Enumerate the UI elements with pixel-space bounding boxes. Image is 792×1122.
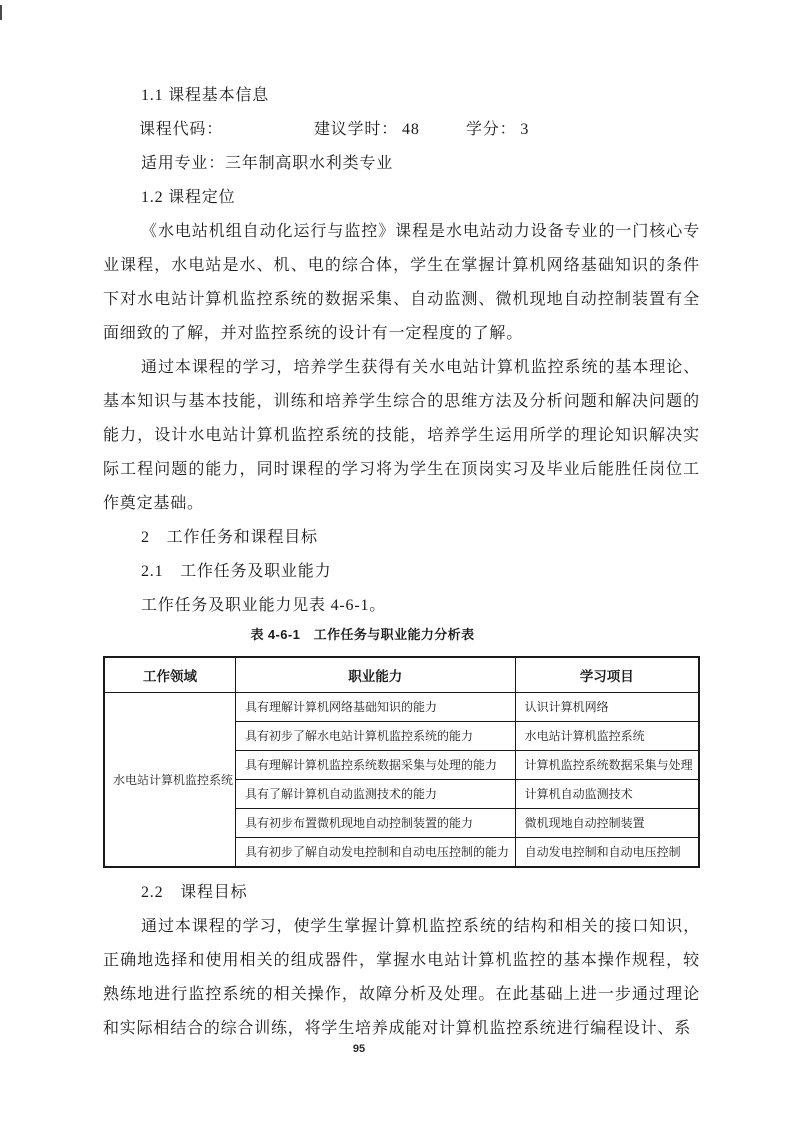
suggested-hours-value: 48 [398,121,420,138]
ability-cell: 具有初步了解水电站计算机监控系统的能力 [235,722,515,751]
scan-artifact [0,5,2,20]
credits: 学分：3 [466,113,529,147]
course-code-label: 课程代码： [139,113,223,147]
page-number: 95 [0,1042,792,1056]
project-cell: 自动发电控制和自动电压控制 [515,838,699,868]
section-heading-2-1: 2.1 工作任务及职业能力 [103,555,700,589]
ability-cell: 具有初步布置微机现地自动控制装置的能力 [235,809,515,838]
task-ability-table: 工作领域 职业能力 学习项目 水电站计算机监控系统 具有理解计算机网络基础知识的… [103,656,700,868]
page-content: 1.1 课程基本信息 课程代码： 建议学时：48 学分：3 适用专业：三年制高职… [103,79,700,1046]
project-header: 学习项目 [515,657,699,693]
section-heading-2: 2 工作任务和课程目标 [103,521,700,555]
work-domain-header: 工作领域 [104,657,235,693]
section-heading-1-2: 1.2 课程定位 [103,181,700,215]
ability-cell: 具有了解计算机自动监测技术的能力 [235,780,515,809]
project-cell: 认识计算机网络 [515,693,699,722]
course-learning-paragraph: 通过本课程的学习，培养学生获得有关水电站计算机监控系统的基本理论、基本知识与基本… [103,351,700,521]
credits-value: 3 [516,121,529,138]
suggested-hours: 建议学时：48 [314,113,420,147]
project-cell: 计算机监控系统数据采集与处理 [515,751,699,780]
ability-cell: 具有理解计算机监控系统数据采集与处理的能力 [235,751,515,780]
course-objective-paragraph: 通过本课程的学习，使学生掌握计算机监控系统的结构和相关的接口知识，正确地选择和使… [103,910,700,1046]
table-row: 水电站计算机监控系统 具有理解计算机网络基础知识的能力 认识计算机网络 [104,693,699,722]
ability-header: 职业能力 [235,657,515,693]
table-caption: 表 4-6-1 工作任务与职业能力分析表 [103,623,700,647]
work-domain-cell: 水电站计算机监控系统 [104,693,235,868]
project-cell: 微机现地自动控制装置 [515,809,699,838]
credits-label: 学分： [466,121,516,138]
table-header-row: 工作领域 职业能力 学习项目 [104,657,699,693]
table-reference-line: 工作任务及职业能力见表 4-6-1。 [103,589,700,623]
ability-cell: 具有理解计算机网络基础知识的能力 [235,693,515,722]
document-page: 1.1 课程基本信息 课程代码： 建议学时：48 学分：3 适用专业：三年制高职… [0,0,792,1122]
section-heading-1-1: 1.1 课程基本信息 [103,79,700,113]
project-cell: 水电站计算机监控系统 [515,722,699,751]
course-info-line: 课程代码： 建议学时：48 学分：3 [103,113,700,147]
suggested-hours-label: 建议学时： [314,121,398,138]
project-cell: 计算机自动监测技术 [515,780,699,809]
applicable-majors-line: 适用专业：三年制高职水利类专业 [103,147,700,181]
course-positioning-paragraph: 《水电站机组自动化运行与监控》课程是水电站动力设备专业的一门核心专业课程，水电站… [103,215,700,351]
ability-cell: 具有初步了解自动发电控制和自动电压控制的能力 [235,838,515,868]
section-heading-2-2: 2.2 课程目标 [103,876,700,910]
